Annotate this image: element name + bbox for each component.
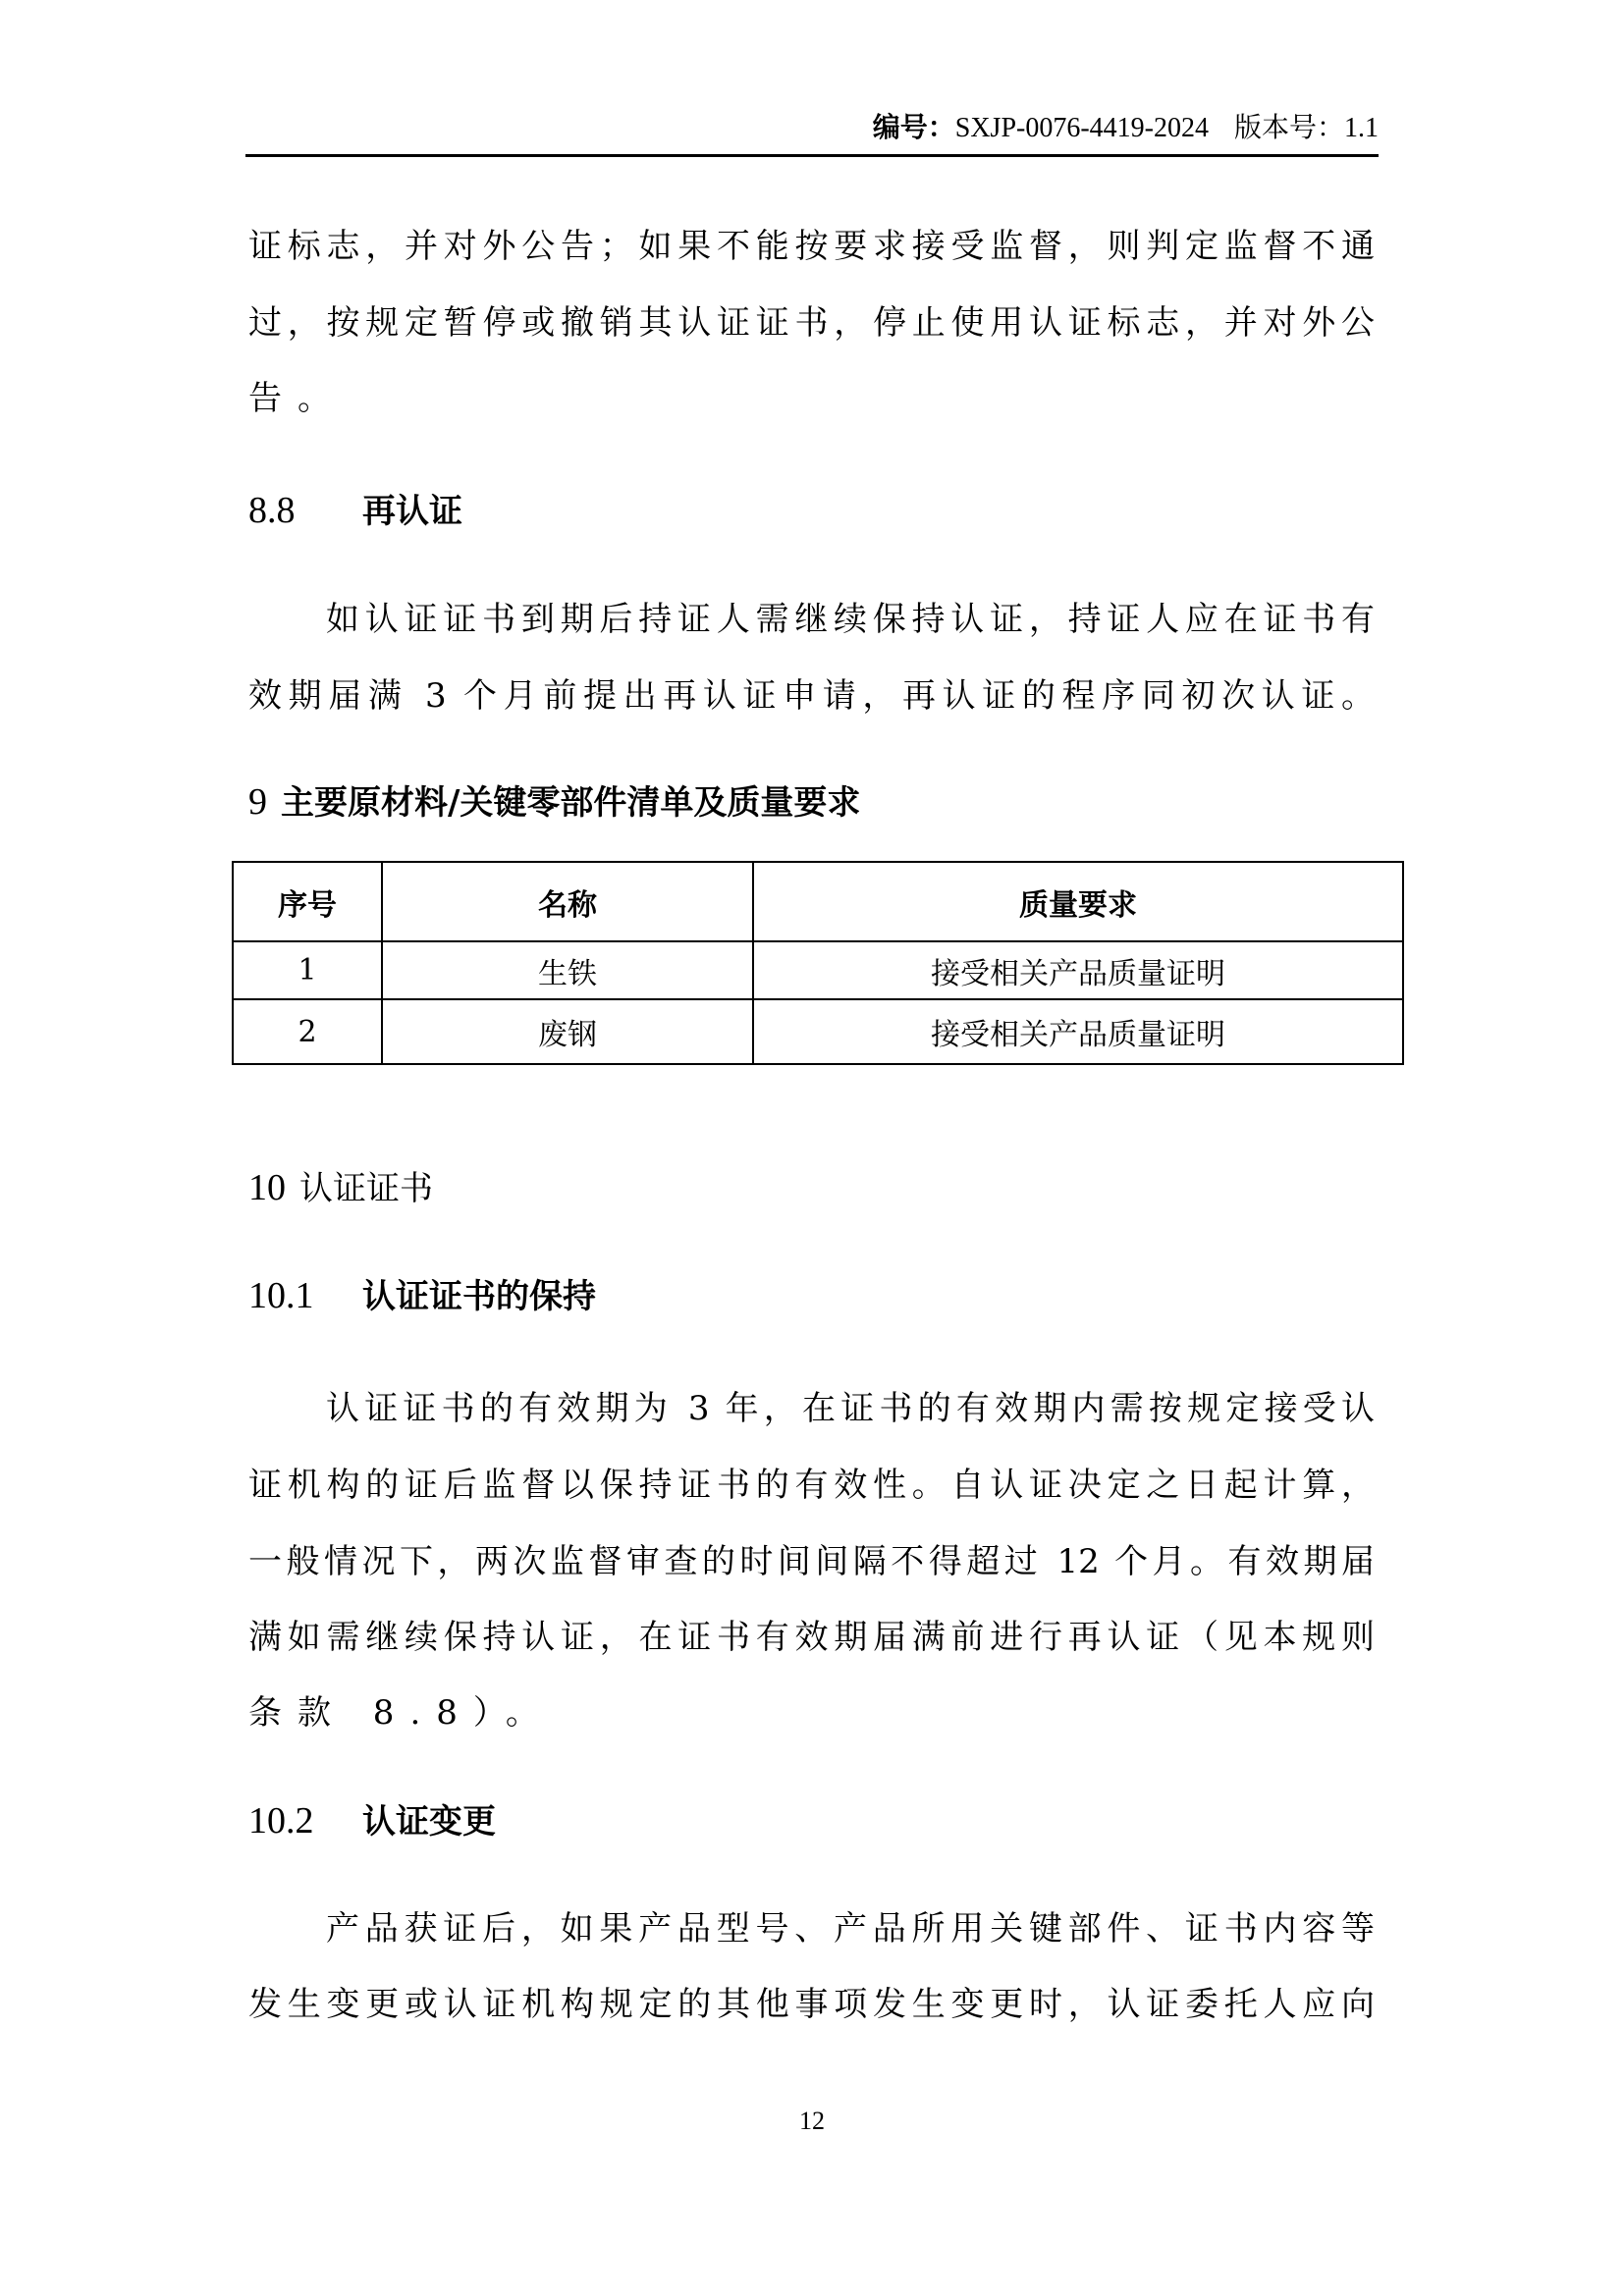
section-title: 再认证 xyxy=(362,490,462,533)
section-number: 8.8 xyxy=(248,489,362,532)
cell-quality: 接受相关产品质量证明 xyxy=(753,941,1403,999)
column-header-quality: 质量要求 xyxy=(753,862,1403,941)
cell-quality: 接受相关产品质量证明 xyxy=(753,999,1403,1064)
section-title: 认证证书的保持 xyxy=(362,1275,596,1318)
paragraph-line: 发生变更或认证机构规定的其他事项发生变更时，认证委托人应向 xyxy=(248,1985,1375,2024)
column-header-index: 序号 xyxy=(233,862,382,941)
cell-index: 1 xyxy=(233,941,382,999)
paragraph-line: 产品获证后，如果产品型号、产品所用关键部件、证书内容等 xyxy=(326,1909,1375,1949)
section-title: 主要原材料/关键零部件清单及质量要求 xyxy=(281,781,860,825)
paragraph-line: 满如需继续保持认证，在证书有效期届满前进行再认证（见本规则 xyxy=(248,1618,1375,1657)
document-code-value: SXJP-0076-4419-2024 xyxy=(955,113,1209,143)
section-number: 10.2 xyxy=(248,1799,362,1842)
section-number: 10.1 xyxy=(248,1274,362,1317)
cell-name: 生铁 xyxy=(382,941,753,999)
section-heading-10-1: 10.1认证证书的保持 xyxy=(248,1274,596,1317)
page-number: 12 xyxy=(0,2107,1624,2136)
paragraph-line: 一般情况下，两次监督审查的时间间隔不得超过 12 个月。有效期届 xyxy=(248,1542,1375,1581)
section-heading-10-2: 10.2认证变更 xyxy=(248,1799,496,1842)
document-code-label: 编号： xyxy=(873,111,955,143)
paragraph-line: 效期届满 3 个月前提出再认证申请，再认证的程序同初次认证。 xyxy=(248,676,1375,716)
section-heading-8-8: 8.8再认证 xyxy=(248,489,462,532)
column-header-name: 名称 xyxy=(382,862,753,941)
paragraph-line: 如认证证书到期后持证人需继续保持认证，持证人应在证书有 xyxy=(326,600,1375,639)
table-header-row: 序号 名称 质量要求 xyxy=(233,862,1403,941)
section-heading-9: 9主要原材料/关键零部件清单及质量要求 xyxy=(248,780,860,824)
version-value: 1.1 xyxy=(1344,113,1379,143)
section-number: 10 xyxy=(248,1166,286,1209)
table-row: 2 废钢 接受相关产品质量证明 xyxy=(233,999,1403,1064)
section-title: 认证证书 xyxy=(299,1167,433,1210)
header-rule xyxy=(245,154,1379,157)
paragraph-line: 过，按规定暂停或撤销其认证证书，停止使用认证标志，并对外公 xyxy=(248,303,1375,343)
table-row: 1 生铁 接受相关产品质量证明 xyxy=(233,941,1403,999)
paragraph-line: 认证证书的有效期为 3 年，在证书的有效期内需按规定接受认 xyxy=(326,1389,1375,1428)
version-label: 版本号： xyxy=(1234,111,1344,143)
document-header: 编号：SXJP-0076-4419-2024版本号：1.1 xyxy=(245,110,1379,145)
cell-index: 2 xyxy=(233,999,382,1064)
paragraph-line: 告。 xyxy=(248,379,1375,418)
section-heading-10: 10认证证书 xyxy=(248,1166,433,1209)
cell-name: 废钢 xyxy=(382,999,753,1064)
paragraph-line: 证机构的证后监督以保持证书的有效性。自认证决定之日起计算， xyxy=(248,1466,1375,1505)
paragraph-line: 证标志，并对外公告；如果不能按要求接受监督，则判定监督不通 xyxy=(248,227,1375,266)
section-title: 认证变更 xyxy=(362,1800,496,1843)
section-number: 9 xyxy=(248,780,267,824)
materials-table: 序号 名称 质量要求 1 生铁 接受相关产品质量证明 2 废钢 接受相关产品质量… xyxy=(232,861,1404,1065)
paragraph-line: 条款 8.8）。 xyxy=(248,1693,1375,1733)
